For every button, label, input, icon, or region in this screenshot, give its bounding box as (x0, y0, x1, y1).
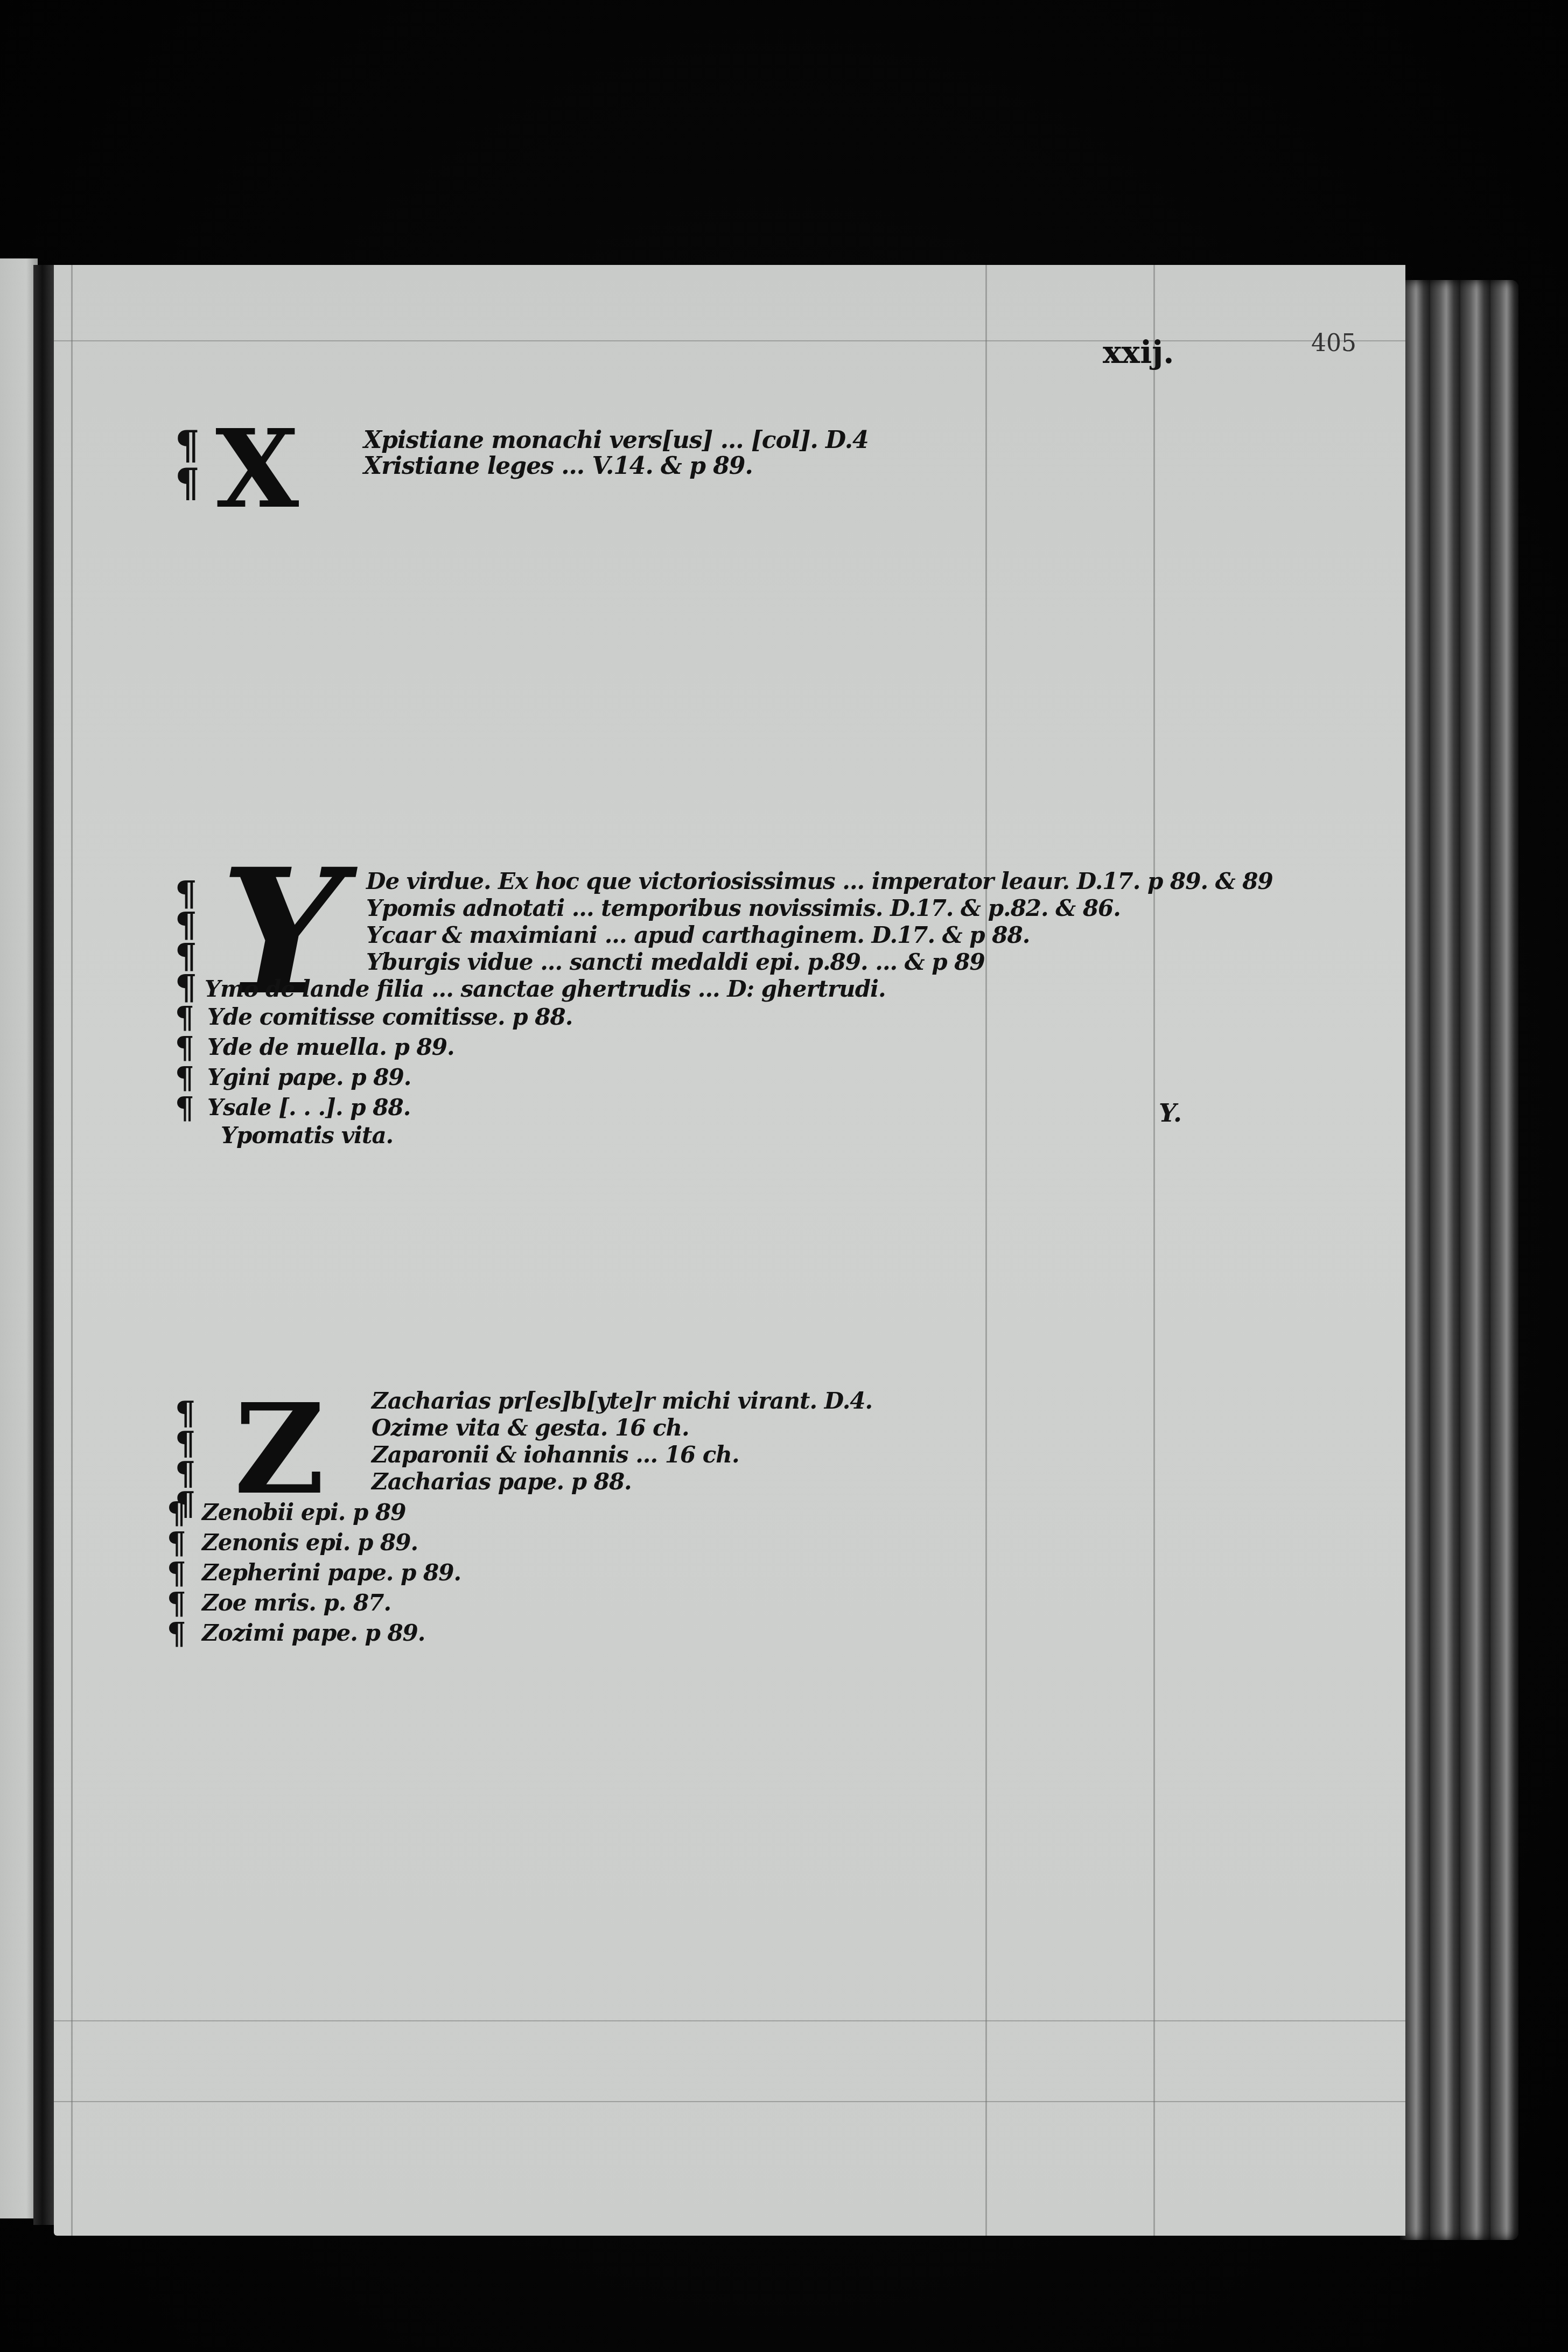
index-entry: Ypomatis vita. (221, 1122, 393, 1149)
pilcrow-icon: ¶ (175, 1003, 194, 1033)
pilcrow-icon: ¶ (175, 1459, 195, 1489)
index-entry: Ypomis adnotati ... temporibus novissimi… (366, 895, 1121, 921)
index-entry: Xristiane leges ... V.14. & p 89. (363, 452, 753, 480)
index-entry: Zacharias pr[es]b[yte]r michi virant. D.… (372, 1388, 872, 1414)
ruling-line-left (71, 265, 73, 2236)
initial-letter-z: Z (234, 1388, 325, 1511)
pilcrow-icon: ¶ (175, 1429, 195, 1459)
margin-letter-note: Y. (1159, 1098, 1182, 1128)
pilcrow-icon: ¶ (167, 1528, 186, 1558)
index-entry: Zaparonii & iohannis ... 16 ch. (372, 1441, 739, 1468)
index-entry: Ygini pape. p 89. (207, 1064, 411, 1090)
pilcrow-icon: ¶ (175, 464, 200, 502)
ruling-line-top (54, 340, 1405, 341)
ruling-line-right (1153, 265, 1155, 2236)
index-entry: Zenonis epi. p 89. (202, 1529, 418, 1556)
pilcrow-icon: ¶ (167, 1619, 186, 1649)
index-entry: Zepherini pape. p 89. (202, 1559, 461, 1586)
index-entry: Ysale [. . .]. p 88. (207, 1094, 410, 1121)
paragraph-marks: ¶ ¶ ¶ ¶ (175, 879, 197, 1004)
index-entry: Yde de muella. p 89. (207, 1034, 454, 1060)
index-entry: Ozime vita & gesta. 16 ch. (372, 1415, 689, 1441)
binding-gutter (33, 265, 56, 2225)
index-entry: De virdue. Ex hoc que victoriosissimus .… (366, 868, 1273, 894)
index-entry: Ycaar & maximiani ... apud carthaginem. … (366, 922, 1030, 948)
pilcrow-icon: ¶ (175, 1093, 194, 1123)
paragraph-marks: ¶ ¶ ¶ ¶ ¶ (167, 1498, 186, 1649)
pilcrow-icon: ¶ (167, 1588, 186, 1619)
paragraph-marks: ¶ ¶ (175, 426, 200, 502)
pilcrow-icon: ¶ (175, 1033, 194, 1063)
pilcrow-icon: ¶ (167, 1558, 186, 1588)
index-entry: Xpistiane monachi vers[us] ... [col]. D.… (363, 426, 869, 454)
manuscript-page: xxij. 405 ¶ ¶ X Xpistiane monachi vers[u… (54, 265, 1405, 2236)
index-entry: Zoe mris. p. 87. (202, 1590, 391, 1616)
pilcrow-icon: ¶ (175, 1063, 194, 1093)
pilcrow-icon: ¶ (167, 1498, 186, 1528)
foliation-number: 405 (1311, 330, 1356, 357)
ruling-line-lower (54, 2020, 1405, 2021)
pilcrow-icon: ¶ (175, 972, 197, 1004)
ruling-line-bottom (54, 2101, 1405, 2102)
index-entry: Zozimi pape. p 89. (202, 1620, 425, 1646)
index-entry: Zacharias pape. p 88. (372, 1468, 632, 1495)
facing-page-edge (0, 258, 38, 2218)
pilcrow-icon: ¶ (175, 426, 200, 464)
index-entry: Zenobii epi. p 89 (202, 1499, 406, 1525)
ruling-line-column (985, 265, 987, 2236)
paragraph-marks: ¶ ¶ ¶ ¶ (175, 1003, 194, 1123)
index-entry: Yde comitisse comitisse. p 88. (207, 1004, 572, 1030)
initial-letter-x: X (215, 416, 299, 523)
pilcrow-icon: ¶ (175, 1398, 195, 1429)
index-entry: Ymo de lande filia ... sanctae ghertrudi… (205, 976, 886, 1002)
text-block-page-edges (1400, 280, 1518, 2240)
index-entry: Yburgis vidue ... sancti medaldi epi. p.… (366, 949, 985, 975)
folio-number-roman: xxij. (1103, 334, 1174, 370)
